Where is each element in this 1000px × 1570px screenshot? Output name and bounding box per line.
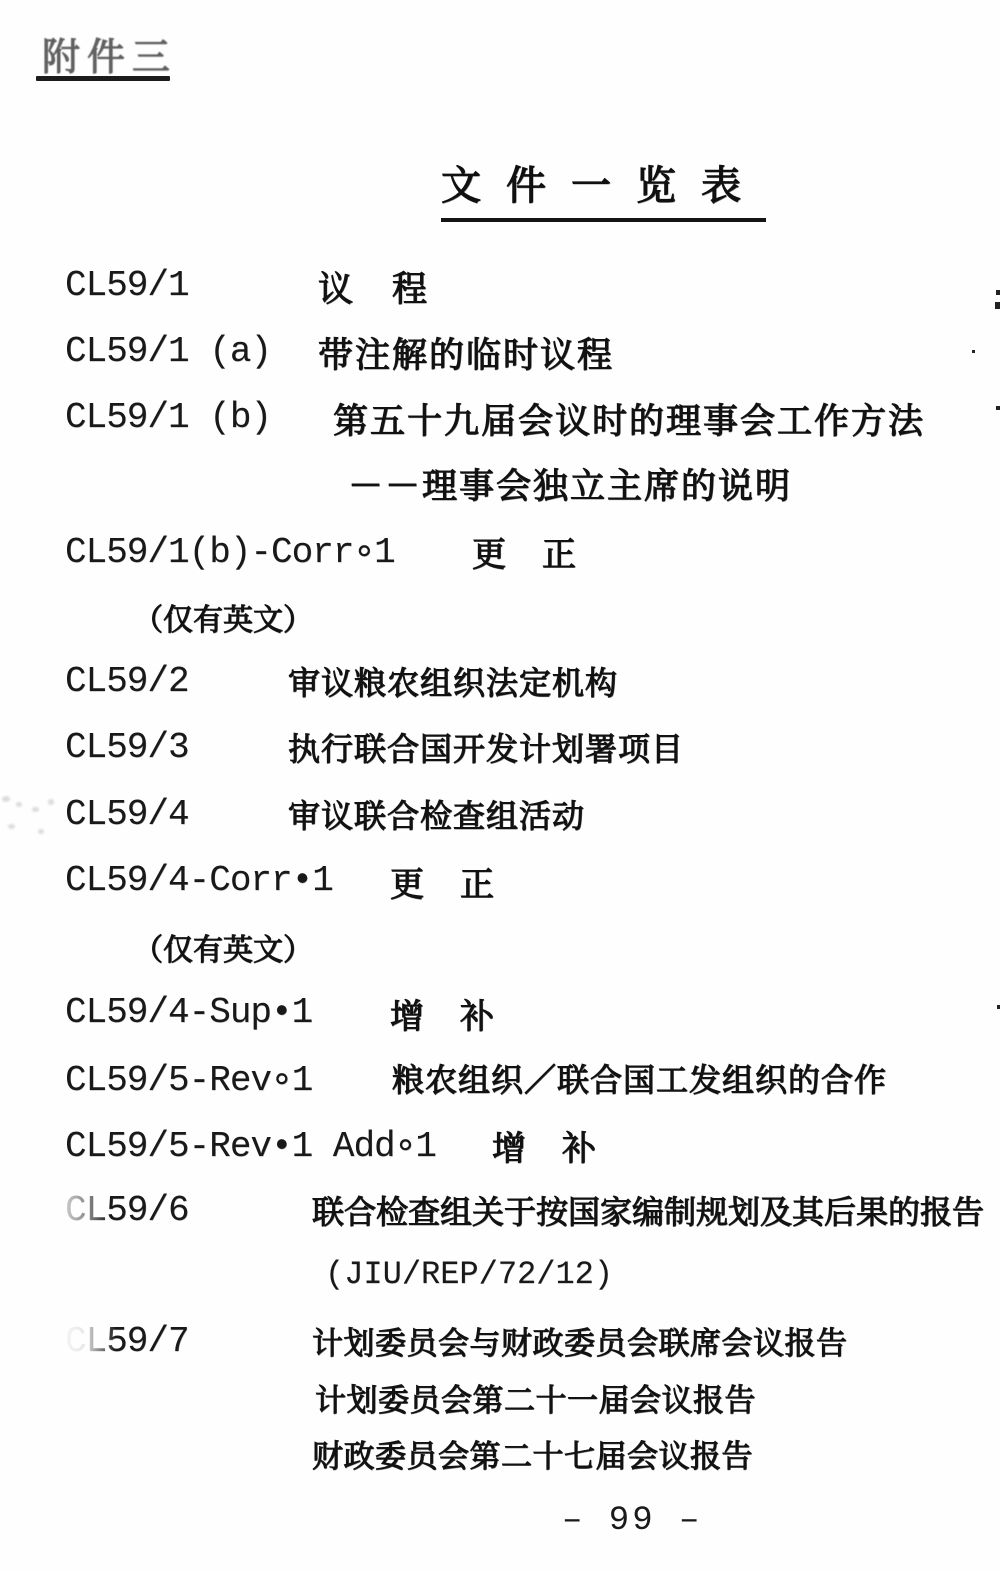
scan-speck <box>972 350 975 353</box>
annex-label: 附件三 <box>42 26 177 81</box>
doc-title: 审议联合检查组活动 <box>288 791 585 837</box>
doc-title: 更 正 <box>472 527 577 576</box>
page-title: 文件一览表 <box>441 154 766 222</box>
doc-code: CL59/4-Sup•1 <box>65 992 312 1033</box>
doc-language-note: （仅有英文） <box>133 925 313 969</box>
doc-reference: (JIU/REP/72/12) <box>325 1256 613 1293</box>
doc-code: CL59/5-Rev∘1 <box>65 1058 312 1101</box>
doc-title-continued: 财政委员会第二十七届会议报告 <box>312 1431 753 1476</box>
doc-code: CL59/7 <box>65 1321 189 1362</box>
doc-code: CL59/2 <box>65 661 189 702</box>
doc-title: 带注解的临时议程 <box>318 328 614 378</box>
doc-title: 增 补 <box>492 1121 597 1170</box>
doc-title: 议 程 <box>318 262 429 312</box>
scan-speck <box>996 406 1000 410</box>
page-number: – 99 – <box>562 1502 702 1540</box>
scan-smudge <box>2 796 10 802</box>
scan-smudge <box>38 829 44 834</box>
doc-language-note: （仅有英文） <box>133 595 313 639</box>
scanned-document-page: 附件三 文件一览表 CL59/1 议 程 CL59/1 (a) 带注解的临时议程… <box>0 0 1000 1570</box>
scan-speck <box>996 290 1000 295</box>
doc-title: 更 正 <box>390 857 495 906</box>
scan-smudge <box>8 824 15 829</box>
doc-title: 联合检查组关于按国家编制规划及其后果的报告 <box>312 1187 984 1233</box>
doc-title: 增 补 <box>390 989 495 1038</box>
doc-code: CL59/1 (b) <box>65 397 271 438</box>
doc-code: CL59/5-Rev•1 Add∘1 <box>65 1124 436 1167</box>
doc-title-continued: －－理事会独立主席的说明 <box>348 459 792 509</box>
doc-code: CL59/4 <box>65 794 189 835</box>
doc-code: CL59/1 <box>65 265 189 306</box>
doc-title: 审议粮农组织法定机构 <box>288 658 618 704</box>
doc-code: CL59/4-Corr•1 <box>65 860 333 901</box>
doc-title: 计划委员会与财政委员会联席会议报告 <box>312 1318 848 1363</box>
scan-smudge <box>16 802 22 807</box>
doc-code: CL59/1(b)-Corr∘1 <box>65 530 395 573</box>
doc-title: 粮农组织／联合国工发组织的合作 <box>392 1055 887 1101</box>
doc-code: CL59/3 <box>65 727 189 768</box>
doc-code: CL59/6 <box>65 1190 189 1231</box>
scan-smudge <box>32 807 39 812</box>
doc-title: 执行联合国开发计划署项目 <box>288 724 684 770</box>
annex-underline <box>36 76 170 81</box>
doc-title-continued: 计划委员会第二十一届会议报告 <box>315 1375 756 1420</box>
scan-speck <box>995 302 1000 309</box>
doc-code: CL59/1 (a) <box>65 331 271 372</box>
scan-smudge <box>48 799 54 805</box>
doc-title: 第五十九届会议时的理事会工作方法 <box>333 394 925 444</box>
